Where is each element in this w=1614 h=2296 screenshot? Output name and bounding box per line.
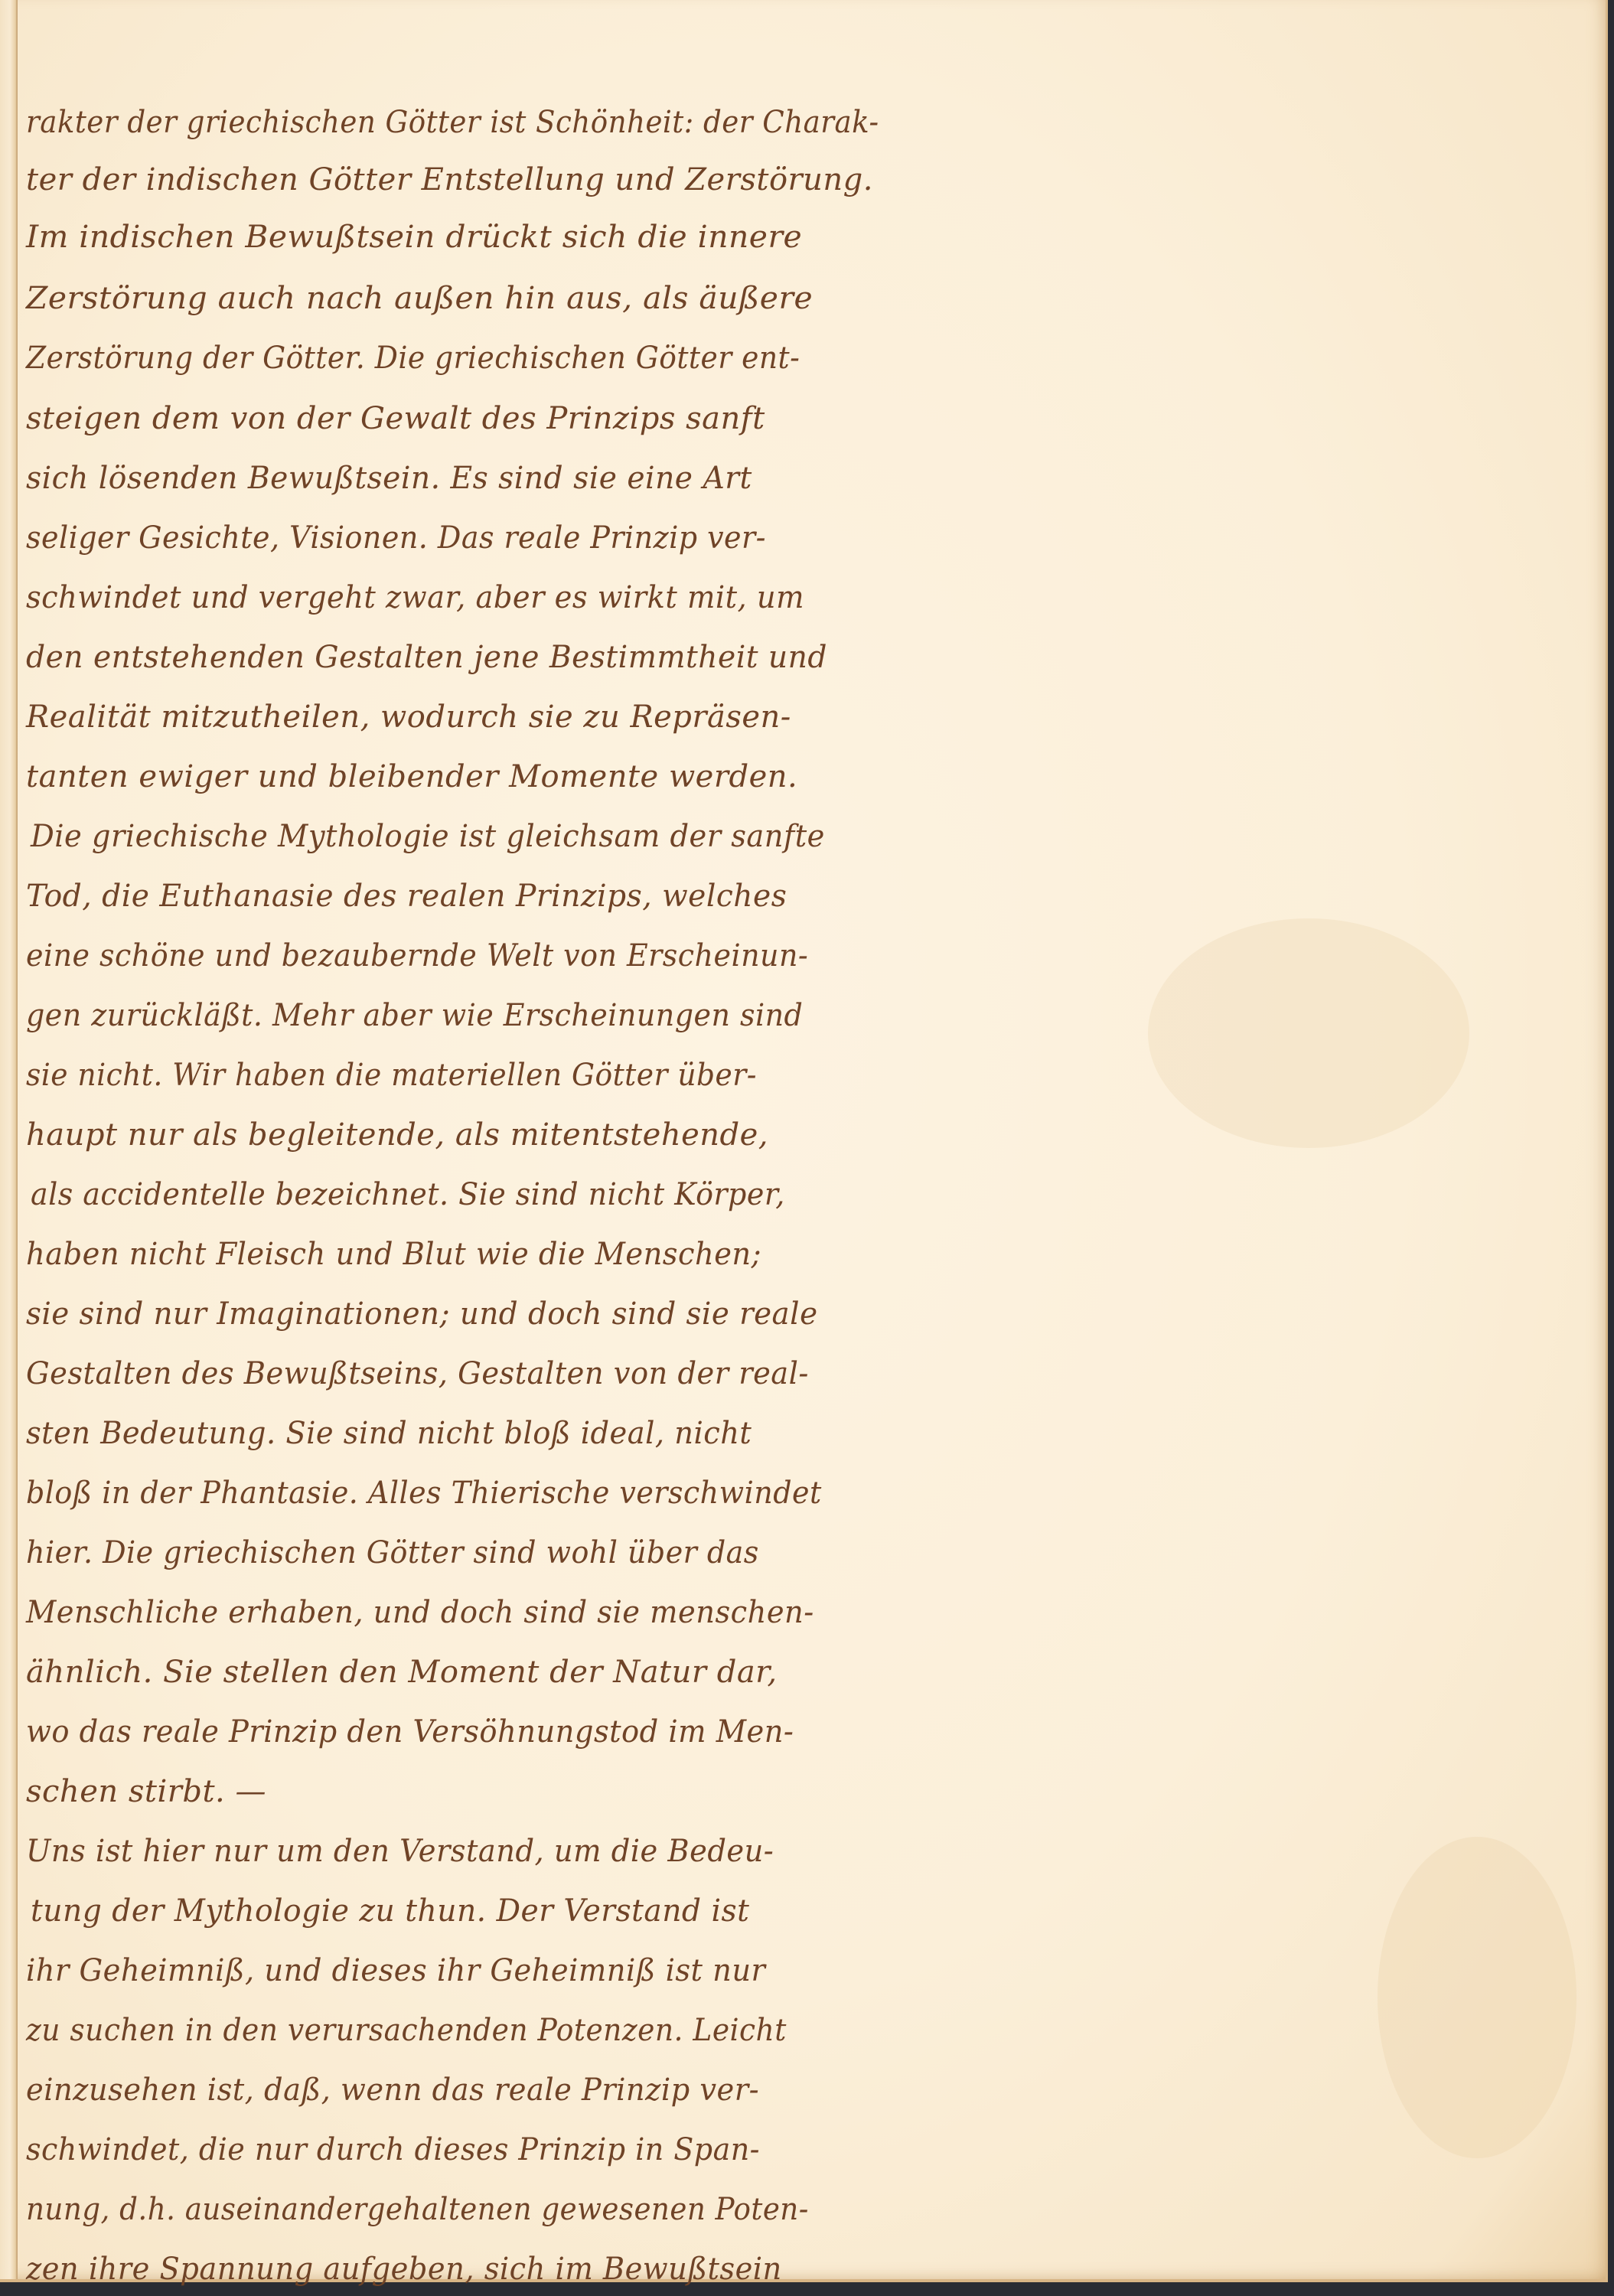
text-line: Zerstörung der Götter. Die griechischen … (26, 328, 800, 389)
text-line: sie sind nur Imaginationen; und doch sin… (26, 1283, 818, 1345)
paper-stain (1378, 1837, 1577, 2158)
text-line: gen zurückläßt. Mehr aber wie Erscheinun… (26, 985, 803, 1046)
text-line: Die griechische Mythologie ist gleichsam… (31, 806, 825, 867)
text-line: schwindet, die nur durch dieses Prinzip … (26, 2119, 760, 2180)
text-line: als accidentelle bezeichnet. Sie sind ni… (31, 1164, 785, 1225)
binding-gutter (0, 0, 18, 2279)
text-line: haben nicht Fleisch und Blut wie die Men… (26, 1224, 761, 1285)
text-line: hier. Die griechischen Götter sind wohl … (26, 1522, 759, 1583)
text-line: Menschliche erhaben, und doch sind sie m… (26, 1582, 814, 1643)
text-line: ähnlich. Sie stellen den Moment der Natu… (26, 1642, 778, 1703)
text-line: Zerstörung auch nach außen hin aus, als … (26, 268, 813, 329)
text-line: eine schöne und bezaubernde Welt von Ers… (26, 925, 808, 987)
text-line: Realität mitzutheilen, wodurch sie zu Re… (26, 687, 791, 748)
text-line: schen stirbt. — (26, 1761, 266, 1822)
text-line: tanten ewiger und bleibender Momente wer… (26, 746, 797, 807)
text-line: nung, d.h. auseinandergehaltenen gewesen… (26, 2179, 809, 2240)
text-line: wo das reale Prinzip den Versöhnungstod … (26, 1701, 794, 1763)
text-line: Im indischen Bewußtsein drückt sich die … (26, 207, 802, 268)
text-line: haupt nur als begleitende, als mitentste… (26, 1104, 768, 1166)
text-line: sich lösenden Bewußtsein. Es sind sie ei… (26, 448, 752, 509)
text-line: rakter der griechischen Götter ist Schön… (26, 92, 879, 153)
text-line: sie nicht. Wir haben die materiellen Göt… (26, 1045, 757, 1106)
text-line: bloß in der Phantasie. Alles Thierische … (26, 1463, 822, 1524)
text-line: Gestalten des Bewußtseins, Gestalten von… (26, 1343, 809, 1404)
text-line: steigen dem von der Gewalt des Prinzips … (26, 388, 765, 449)
manuscript-page: rakter der griechischen Götter ist Schön… (0, 0, 1608, 2282)
text-line: ihr Geheimniß, und dieses ihr Geheimniß … (26, 1940, 765, 2001)
text-line: zen ihre Spannung aufgeben, sich im Bewu… (26, 2239, 782, 2296)
paper-stain (1148, 918, 1469, 1148)
text-line: tung der Mythologie zu thun. Der Verstan… (31, 1880, 749, 1942)
text-line: zu suchen in den verursachenden Potenzen… (26, 2000, 787, 2061)
text-line: schwindet und vergeht zwar, aber es wirk… (26, 567, 804, 628)
text-line: Tod, die Euthanasie des realen Prinzips,… (26, 866, 787, 927)
text-line: Uns ist hier nur um den Verstand, um die… (26, 1821, 774, 1882)
text-line: sten Bedeutung. Sie sind nicht bloß idea… (26, 1403, 752, 1464)
text-line: einzusehen ist, daß, wenn das reale Prin… (26, 2060, 759, 2121)
text-line: seliger Gesichte, Visionen. Das reale Pr… (26, 507, 766, 569)
text-line: ter der indischen Götter Entstellung und… (26, 149, 873, 210)
text-line: den entstehenden Gestalten jene Bestimmt… (26, 627, 827, 688)
